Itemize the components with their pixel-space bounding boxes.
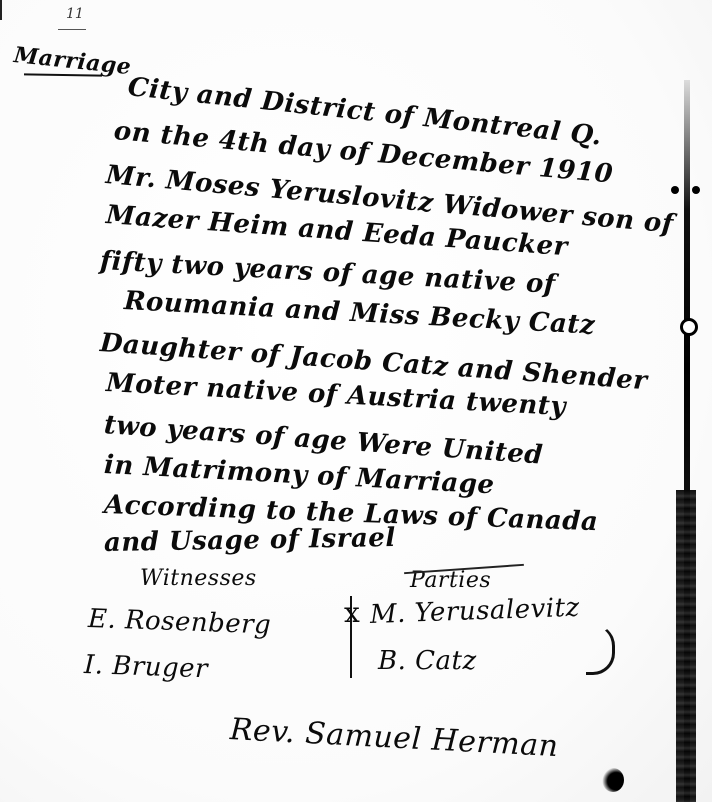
party-signature-bride: B. Catz <box>378 646 477 676</box>
margin-dot-icon <box>671 186 679 194</box>
corner-mark-underline <box>58 29 86 30</box>
witness-signature-1: E. Rosenberg <box>87 604 271 640</box>
binding-edge-shadow <box>676 490 696 802</box>
signature-bracket <box>586 624 615 675</box>
witnesses-label: Witnesses <box>140 566 257 591</box>
officiant-signature: Rev. Samuel Herman <box>229 712 559 764</box>
heading-underline <box>24 73 102 76</box>
ink-blot-icon <box>602 768 624 792</box>
corner-mark: 11 <box>66 6 84 22</box>
page-edge-mark <box>0 0 2 20</box>
margin-ring-icon <box>680 318 698 336</box>
document-page: 11 Marriage City and District of Montrea… <box>0 0 712 802</box>
body-line-usage: and Usage of Israel <box>104 523 396 558</box>
margin-dot-icon <box>692 186 700 194</box>
witness-signature-2: I. Bruger <box>83 650 208 684</box>
party-signature-groom: M. Yerusalevitz <box>369 593 580 630</box>
party-mark-x: x <box>344 596 360 629</box>
